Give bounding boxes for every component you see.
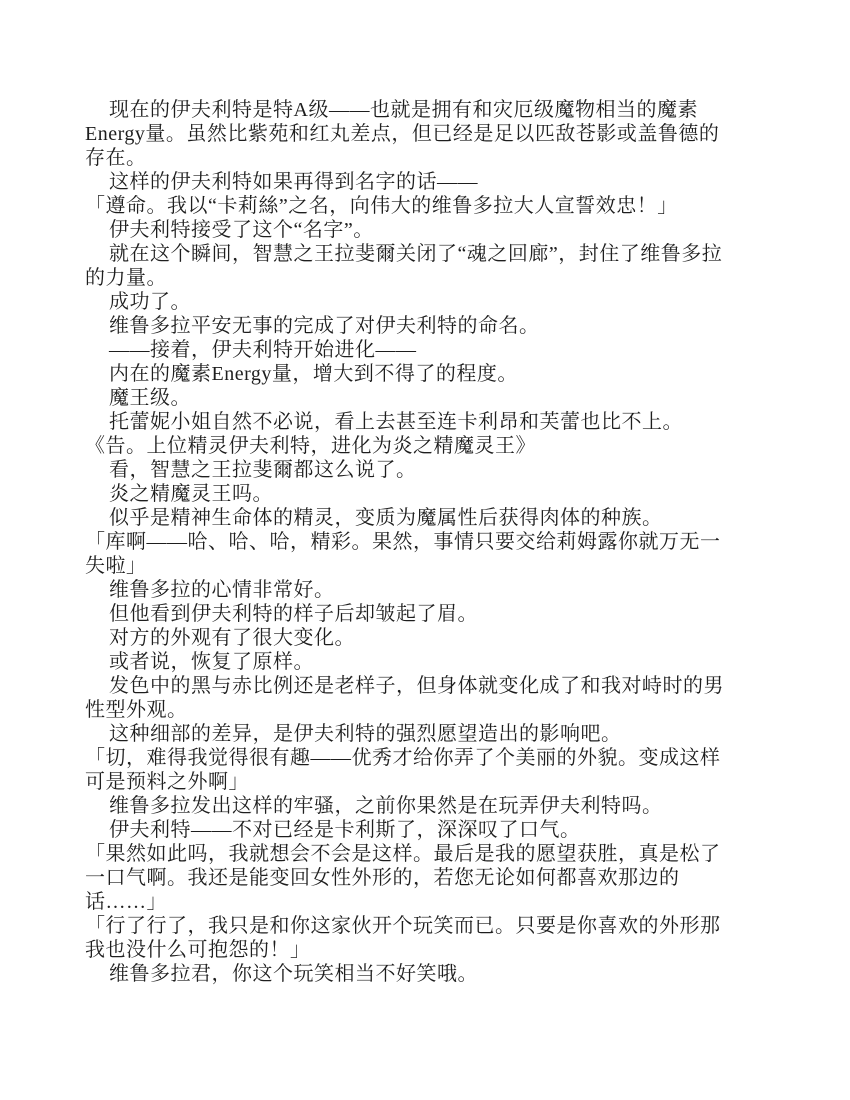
text-line: 炎之精魔灵王吗。: [85, 482, 775, 506]
text-line: 伊夫利特接受了这个“名字”。: [85, 218, 775, 242]
text-line: 可是预料之外啊」: [85, 770, 775, 794]
novel-text-body: 现在的伊夫利特是特A级——也就是拥有和灾厄级魔物相当的魔素Energy量。虽然比…: [85, 98, 775, 986]
text-line: Energy量。虽然比紫苑和红丸差点，但已经是足以匹敌苍影或盖鲁德的: [85, 122, 775, 146]
text-line: 失啦」: [85, 554, 775, 578]
text-line: 一口气啊。我还是能变回女性外形的，若您无论如何都喜欢那边的: [85, 866, 775, 890]
text-line: 似乎是精神生命体的精灵，变质为魔属性后获得肉体的种族。: [85, 506, 775, 530]
text-line: 发色中的黑与赤比例还是老样子，但身体就变化成了和我对峙时的男: [85, 674, 775, 698]
text-line: 维鲁多拉君，你这个玩笑相当不好笑哦。: [85, 962, 775, 986]
text-line: 话……」: [85, 890, 775, 914]
text-line: 「库啊——哈、哈、哈，精彩。果然，事情只要交给莉姆露你就万无一: [85, 530, 775, 554]
document-page: 现在的伊夫利特是特A级——也就是拥有和灾厄级魔物相当的魔素Energy量。虽然比…: [0, 0, 850, 1100]
text-line: 「遵命。我以“卡莉絲”之名，向伟大的维鲁多拉大人宣誓效忠！」: [85, 194, 775, 218]
text-line: 但他看到伊夫利特的样子后却皱起了眉。: [85, 602, 775, 626]
text-line: 的力量。: [85, 266, 775, 290]
text-line: 成功了。: [85, 290, 775, 314]
text-line: 对方的外观有了很大变化。: [85, 626, 775, 650]
text-line: 这样的伊夫利特如果再得到名字的话——: [85, 170, 775, 194]
text-line: 维鲁多拉的心情非常好。: [85, 578, 775, 602]
text-line: 看，智慧之王拉斐爾都这么说了。: [85, 458, 775, 482]
text-line: 这种细部的差异，是伊夫利特的强烈愿望造出的影响吧。: [85, 722, 775, 746]
text-line: 托蕾妮小姐自然不必说，看上去甚至连卡利昂和芙蕾也比不上。: [85, 410, 775, 434]
text-line: 内在的魔素Energy量，增大到不得了的程度。: [85, 362, 775, 386]
text-line: 伊夫利特——不对已经是卡利斯了，深深叹了口气。: [85, 818, 775, 842]
text-line: 《告。上位精灵伊夫利特，进化为炎之精魔灵王》: [85, 434, 775, 458]
text-line: 现在的伊夫利特是特A级——也就是拥有和灾厄级魔物相当的魔素: [85, 98, 775, 122]
text-line: 我也没什么可抱怨的！」: [85, 938, 775, 962]
text-line: ——接着，伊夫利特开始进化——: [85, 338, 775, 362]
text-line: 魔王级。: [85, 386, 775, 410]
text-line: 维鲁多拉发出这样的牢骚，之前你果然是在玩弄伊夫利特吗。: [85, 794, 775, 818]
text-line: 「行了行了，我只是和你这家伙开个玩笑而已。只要是你喜欢的外形那: [85, 914, 775, 938]
text-line: 性型外观。: [85, 698, 775, 722]
text-line: 「果然如此吗，我就想会不会是这样。最后是我的愿望获胜，真是松了: [85, 842, 775, 866]
text-line: 维鲁多拉平安无事的完成了对伊夫利特的命名。: [85, 314, 775, 338]
text-line: 存在。: [85, 146, 775, 170]
text-line: 或者说，恢复了原样。: [85, 650, 775, 674]
text-line: 「切，难得我觉得很有趣——优秀才给你弄了个美丽的外貌。变成这样: [85, 746, 775, 770]
text-line: 就在这个瞬间，智慧之王拉斐爾关闭了“魂之回廊”，封住了维鲁多拉: [85, 242, 775, 266]
